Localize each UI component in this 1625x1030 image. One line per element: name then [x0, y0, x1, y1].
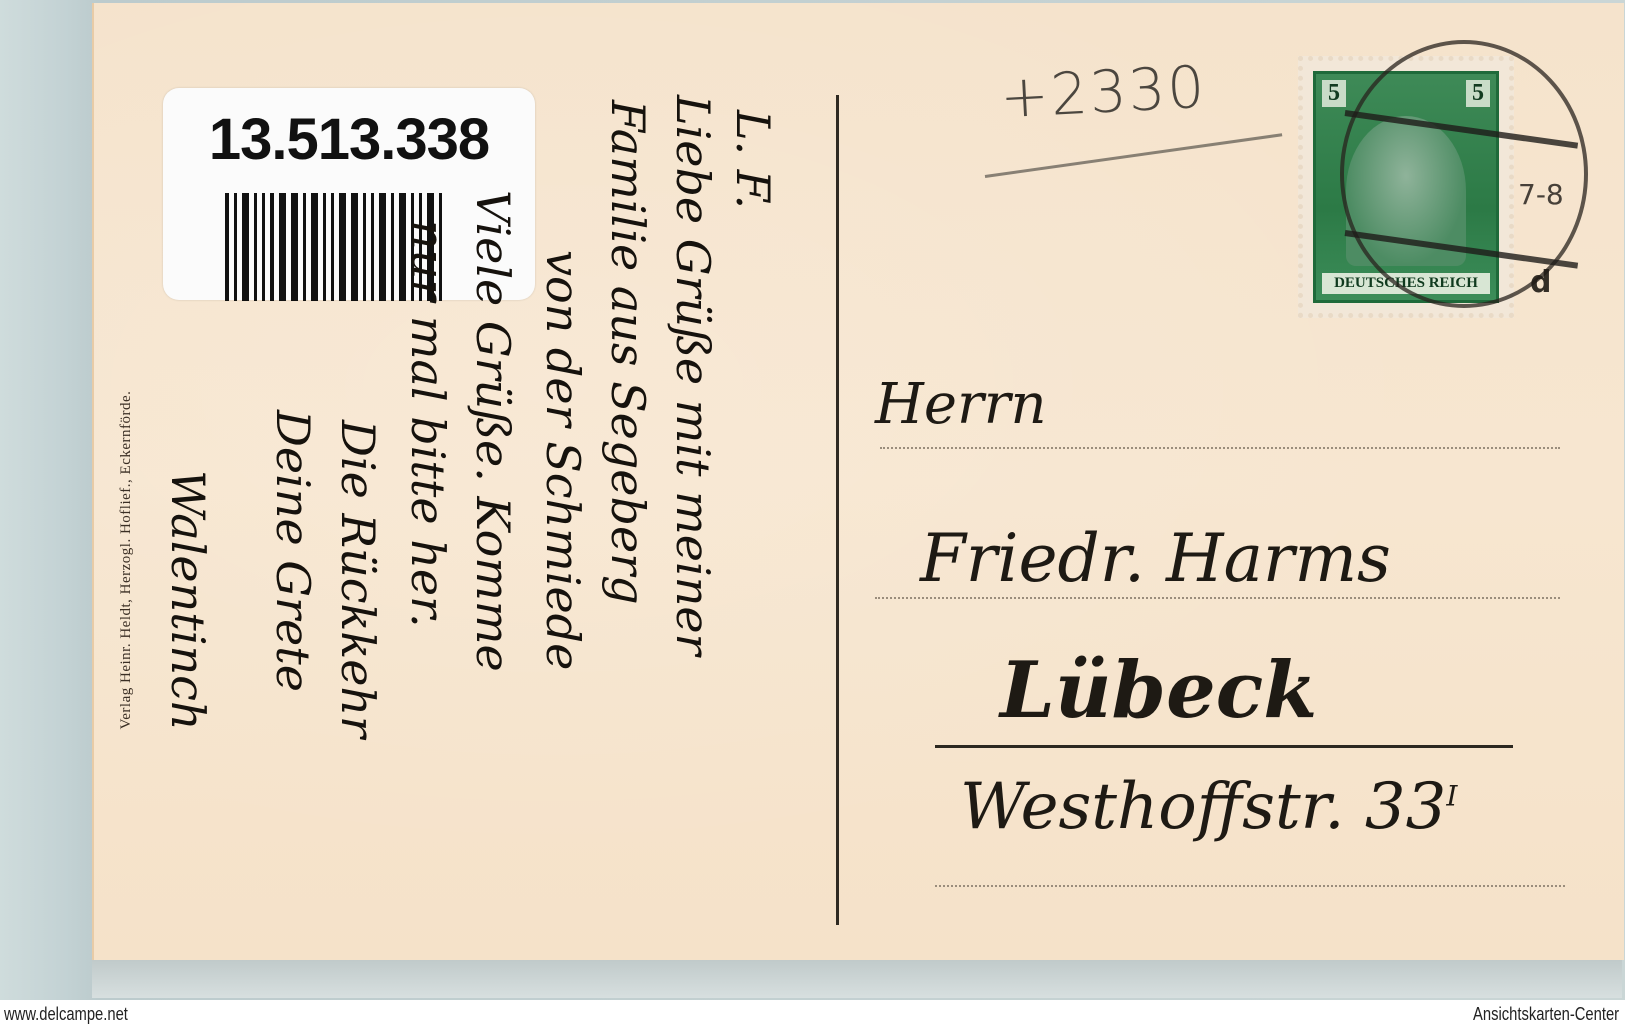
pencil-reference: +2330 [998, 53, 1207, 132]
footer-source-link[interactable]: www.delcampe.net [4, 1004, 128, 1025]
message-line: Die Rückkehr [331, 420, 385, 738]
address-street-suffix: I [1446, 780, 1457, 813]
message-line: Viele Grüße. Komme [466, 190, 520, 672]
address-street: Westhoffstr. 33I [960, 770, 1457, 844]
address-name: Friedr. Harms [920, 520, 1391, 597]
address-line-4 [935, 885, 1565, 887]
message-line: nur mal bitte her. [401, 220, 455, 628]
message-line: Walentinch [161, 470, 215, 730]
publisher-imprint: Verlag Heinr. Heldt, Herzogl. Hoflief., … [118, 391, 135, 730]
message-line: von der Schmiede [536, 250, 590, 670]
address-salutation: Herrn [875, 372, 1047, 437]
message-line: L. F. [726, 110, 780, 209]
address-city-underline [935, 745, 1513, 748]
footer-seller-name: Ansichtskarten-Center [1473, 1004, 1619, 1025]
card-divider [836, 95, 839, 925]
address-line-2 [875, 597, 1560, 599]
message-line: Deine Grete [266, 410, 320, 692]
inventory-number: 13.513.338 [163, 106, 535, 173]
message-line: Familie aus Segeberg [601, 100, 655, 605]
address-city: Lübeck [1000, 645, 1317, 736]
address-line-1 [880, 447, 1560, 449]
postmark-date: 7-8 [1518, 178, 1564, 211]
postmark-letter: d [1530, 265, 1551, 300]
message-line: Liebe Grüße mit meiner [666, 95, 720, 656]
address-street-text: Westhoffstr. 33 [960, 770, 1446, 844]
card-shadow [92, 958, 1622, 998]
stamp-value-left: 5 [1322, 80, 1346, 107]
